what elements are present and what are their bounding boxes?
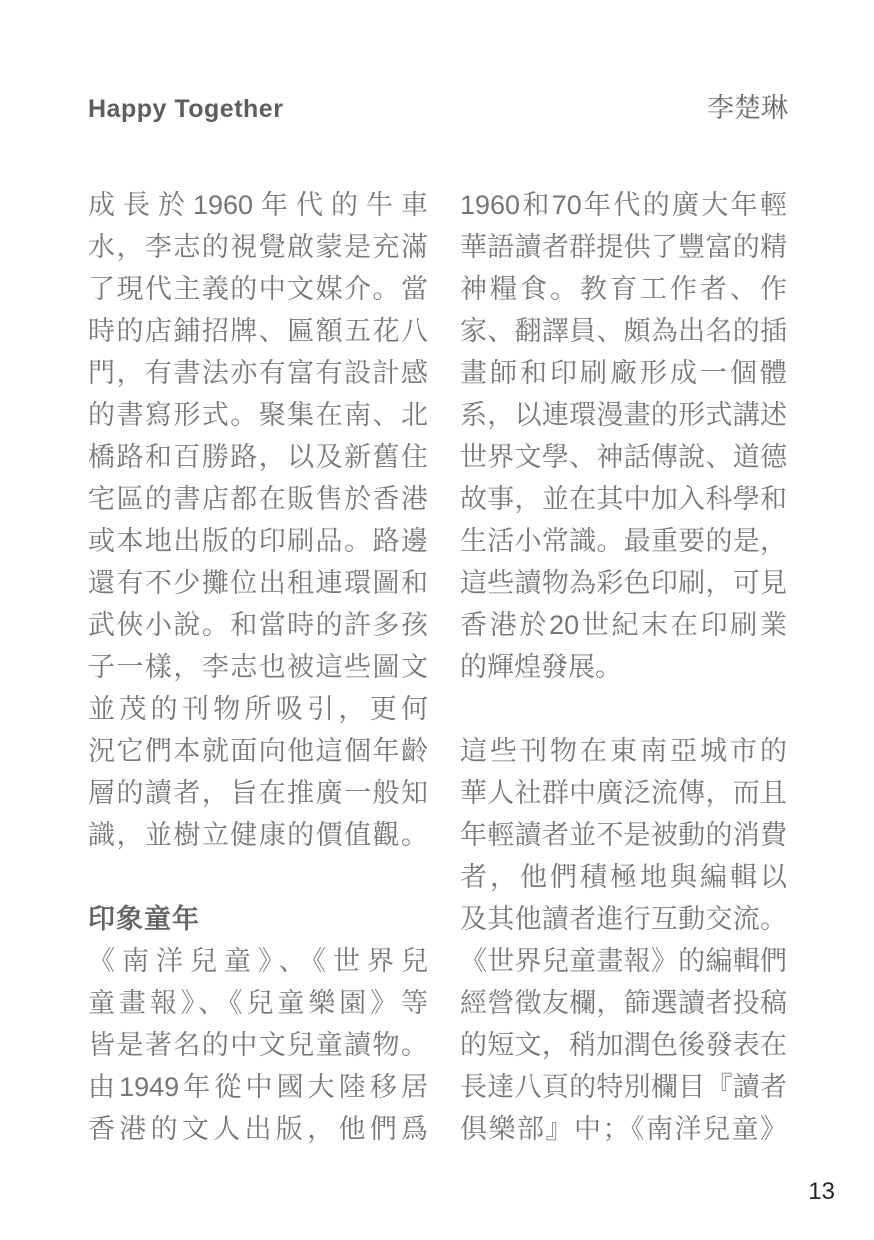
paragraph: 《南洋兒童》、《世界兒童畫報》、《兒童樂園》等皆是著名的中文兒童讀物。由1949…	[88, 940, 428, 1150]
text-line: 宅區的書店都在販售於香港	[88, 478, 428, 520]
text-line: 這些刊物在東南亞城市的	[460, 730, 787, 772]
text-line: 畫師和印刷廠形成一個體	[460, 352, 787, 394]
document-page: Happy Together 李楚琳 成長於1960年代的牛車水，李志的視覺啟蒙…	[0, 0, 874, 1240]
text-line: 香港的文人出版，他們爲	[88, 1108, 428, 1150]
text-line: 的書寫形式。聚集在南、北	[88, 394, 428, 436]
text-line: 者，他們積極地與編輯以	[460, 856, 787, 898]
text-line: 系，以連環漫畫的形式講述	[460, 394, 787, 436]
right-column: 1960和70年代的廣大年輕華語讀者群提供了豐富的精神糧食。教育工作者、作家、翻…	[460, 184, 787, 1150]
page-number: 13	[808, 1178, 835, 1206]
text-line: 時的店鋪招牌、匾額五花八	[88, 310, 428, 352]
text-line: 並茂的刊物所吸引，更何	[88, 688, 428, 730]
text-line: 俱樂部』中；《南洋兒童》	[460, 1108, 787, 1150]
text-line: 層的讀者，旨在推廣一般知	[88, 772, 428, 814]
text-line: 況它們本就面向他這個年齡	[88, 730, 428, 772]
text-line: 還有不少攤位出租連環圖和	[88, 562, 428, 604]
section-heading-text: 印象童年	[88, 904, 200, 934]
author-name: 李楚琳	[707, 86, 788, 125]
left-column: 成長於1960年代的牛車水，李志的視覺啟蒙是充滿了現代主義的中文媒介。當時的店鋪…	[88, 184, 428, 1150]
text-line: 年輕讀者並不是被動的消費	[460, 814, 787, 856]
text-line: 武俠小說。和當時的許多孩	[88, 604, 428, 646]
text-line: 了現代主義的中文媒介。當	[88, 268, 428, 310]
article-title: Happy Together	[88, 95, 283, 124]
text-line: 橋路和百勝路，以及新舊住	[88, 436, 428, 478]
text-line: 的輝煌發展。	[460, 646, 787, 688]
text-line: 故事，並在其中加入科學和	[460, 478, 787, 520]
text-line: 《南洋兒童》、《世界兒	[88, 940, 428, 982]
text-line: 童畫報》、《兒童樂園》等	[88, 982, 428, 1024]
text-line: 識，並樹立健康的價值觀。	[88, 814, 428, 856]
text-line: 成長於1960年代的牛車	[88, 184, 428, 226]
text-line: 及其他讀者進行互動交流。	[460, 898, 787, 940]
text-line: 這些讀物為彩色印刷，可見	[460, 562, 787, 604]
two-column-text: 成長於1960年代的牛車水，李志的視覺啟蒙是充滿了現代主義的中文媒介。當時的店鋪…	[88, 184, 787, 1150]
text-line: 神糧食。教育工作者、作	[460, 268, 787, 310]
text-line: 生活小常識。最重要的是，	[460, 520, 787, 562]
text-line: 水，李志的視覺啟蒙是充滿	[88, 226, 428, 268]
text-line: 《世界兒童畫報》的編輯們	[460, 940, 787, 982]
text-line: 子一樣，李志也被這些圖文	[88, 646, 428, 688]
text-line: 香港於20世紀末在印刷業	[460, 604, 787, 646]
page-header: Happy Together 李楚琳	[88, 86, 788, 125]
text-line: 華語讀者群提供了豐富的精	[460, 226, 787, 268]
text-line: 皆是著名的中文兒童讀物。	[88, 1024, 428, 1066]
paragraph: 成長於1960年代的牛車水，李志的視覺啟蒙是充滿了現代主義的中文媒介。當時的店鋪…	[88, 184, 428, 856]
text-line: 由1949年從中國大陸移居	[88, 1066, 428, 1108]
text-line: 1960和70年代的廣大年輕	[460, 184, 787, 226]
text-line: 門，有書法亦有富有設計感	[88, 352, 428, 394]
text-line: 經營徵友欄，篩選讀者投稿	[460, 982, 787, 1024]
text-line: 長達八頁的特別欄目『讀者	[460, 1066, 787, 1108]
text-line: 或本地出版的印刷品。路邊	[88, 520, 428, 562]
text-line: 世界文學、神話傳說、道德	[460, 436, 787, 478]
paragraph: 1960和70年代的廣大年輕華語讀者群提供了豐富的精神糧食。教育工作者、作家、翻…	[460, 184, 787, 688]
paragraph: 這些刊物在東南亞城市的華人社群中廣泛流傳，而且年輕讀者並不是被動的消費者，他們積…	[460, 730, 787, 1150]
text-line: 華人社群中廣泛流傳，而且	[460, 772, 787, 814]
text-line: 的短文，稍加潤色後發表在	[460, 1024, 787, 1066]
section-heading: 印象童年	[88, 898, 428, 940]
text-line: 家、翻譯員、頗為出名的插	[460, 310, 787, 352]
